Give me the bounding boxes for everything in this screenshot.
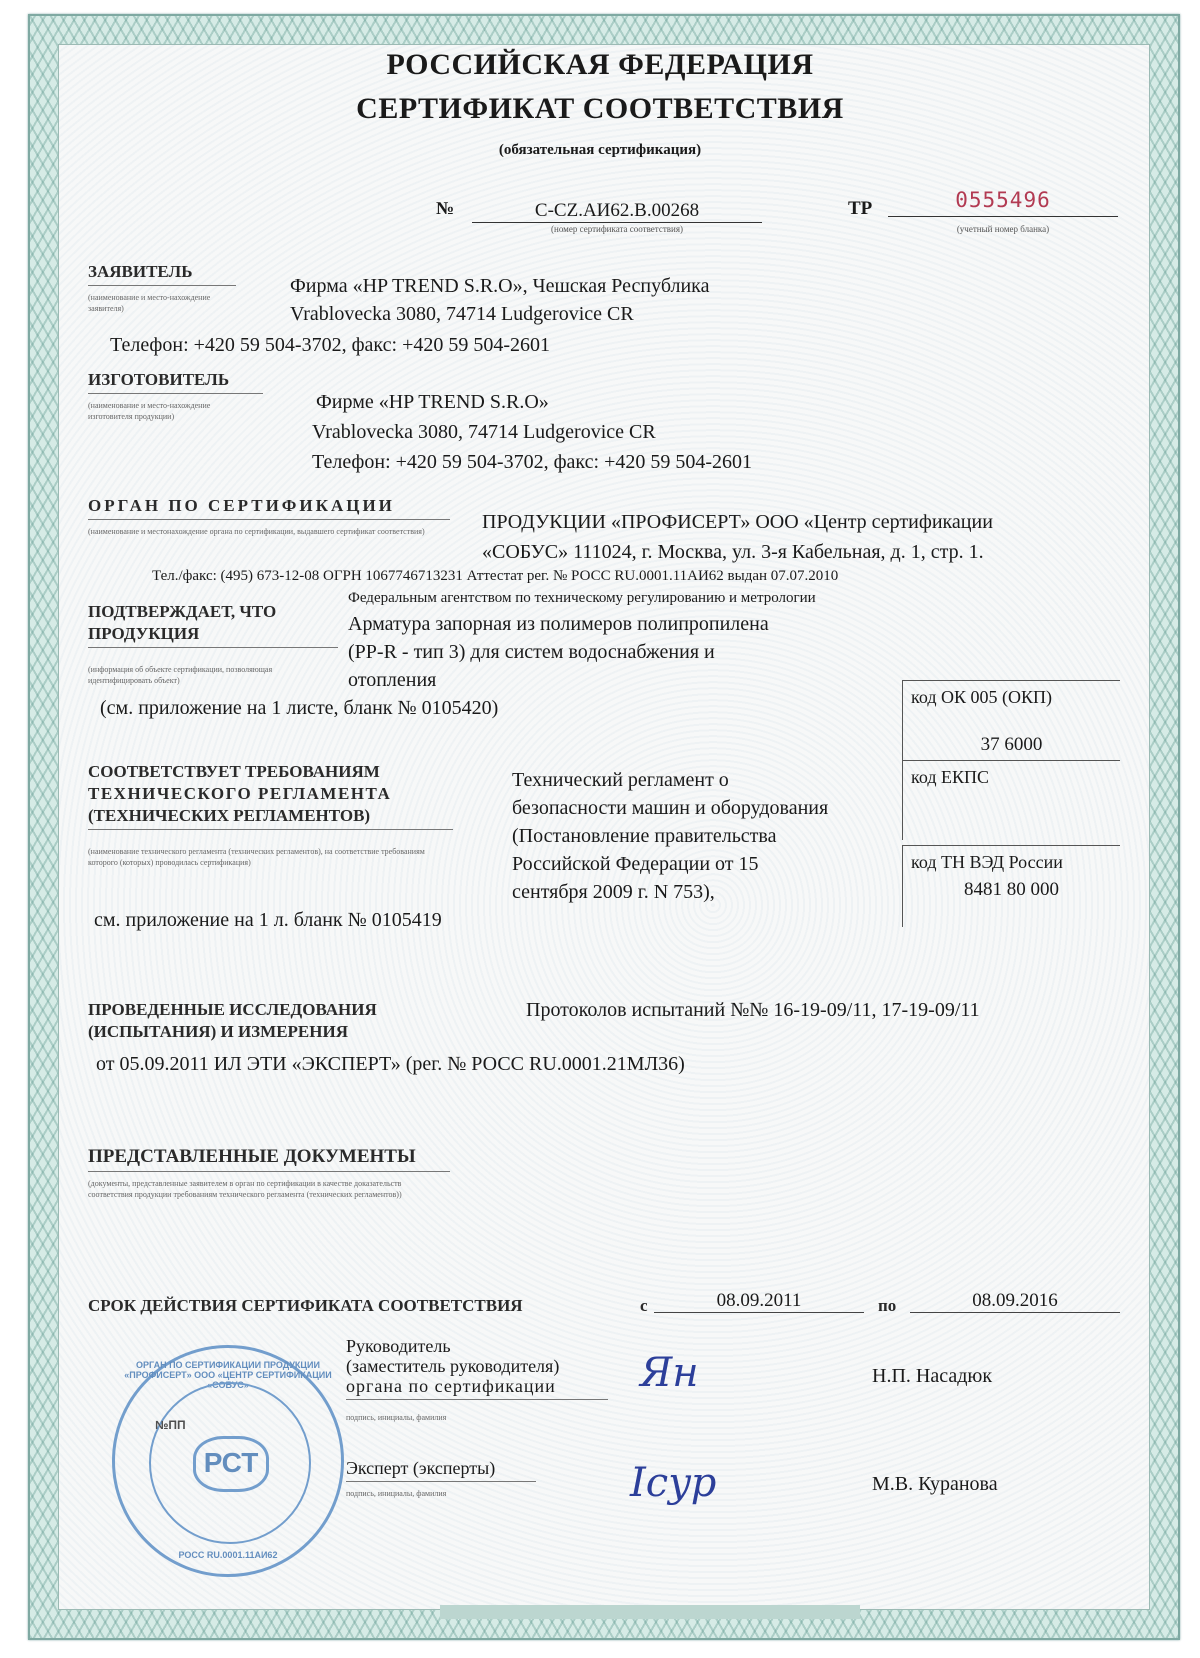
manufacturer-line1: Фирме «HP TREND S.R.O» [316,388,549,416]
compliance-line3: (Постановление правительства [512,822,776,850]
okp-value: 37 6000 [911,734,1112,756]
compliance-heading-2: ТЕХНИЧЕСКОГО РЕГЛАМЕНТА [88,784,391,804]
stamp-bottom-text: РОСС RU.0001.11АИ62 [115,1550,341,1560]
okp-label: код ОК 005 (ОКП) [911,687,1112,708]
product-line2: (PP-R - тип 3) для систем водоснабжения … [348,638,715,666]
validity-from-date: 08.09.2011 [654,1290,864,1313]
head-title-line3: органа по сертификации [346,1376,608,1400]
cert-body-note: (наименование и местонахождение органа п… [88,526,453,537]
manufacturer-heading: ИЗГОТОВИТЕЛЬ [88,370,263,394]
product-heading-2: ПРОДУКЦИЯ [88,624,338,648]
tnved-code-box: код ТН ВЭД России 8481 80 000 [902,845,1120,927]
tnved-value: 8481 80 000 [911,879,1112,901]
manufacturer-line3: Телефон: +420 59 504-3702, факс: +420 59… [312,448,752,476]
number-sign: № [436,198,454,219]
tests-heading-2: (ИСПЫТАНИЯ) И ИЗМЕРЕНИЯ [88,1022,348,1042]
applicant-line2: Vrablovecka 3080, 74714 Ludgerovice CR [290,300,634,328]
expert-title: Эксперт (эксперты) [346,1458,536,1482]
product-note: (информация об объекте сертификации, поз… [88,664,338,686]
applicant-heading: ЗАЯВИТЕЛЬ [88,262,236,286]
manufacturer-line2: Vrablovecka 3080, 74714 Ludgerovice CR [312,418,656,446]
okp-code-box: код ОК 005 (ОКП) 37 6000 [902,680,1120,760]
head-signature: Ян [640,1350,699,1396]
validity-to-label: по [878,1296,896,1316]
tp-label: ТР [848,198,872,220]
tests-line2: от 05.09.2011 ИЛ ЭТИ «ЭКСПЕРТ» (рег. № Р… [96,1050,685,1078]
country-title: РОССИЙСКАЯ ФЕДЕРАЦИЯ [0,48,1200,82]
compliance-line1: Технический регламент о [512,766,729,794]
certificate-number: C-CZ.АИ62.В.00268 [472,200,762,223]
expert-caption: подпись, инициалы, фамилия [346,1488,446,1499]
footer-band [440,1605,860,1619]
stamp-mid-text: №ПП [155,1418,186,1432]
tests-line1: Протоколов испытаний №№ 16-19-09/11, 17-… [526,996,980,1024]
head-title-line2: (заместитель руководителя) [346,1356,559,1376]
compliance-attachment: см. приложение на 1 л. бланк № 0105419 [94,906,442,934]
product-line1: Арматура запорная из полимеров полипропи… [348,610,769,638]
compliance-heading-1: СООТВЕТСТВУЕТ ТРЕБОВАНИЯМ [88,762,380,782]
applicant-note: (наименование и место-нахождение заявите… [88,292,238,314]
validity-to-date: 08.09.2016 [910,1290,1120,1313]
expert-name: М.В. Куранова [872,1470,998,1498]
compliance-line4: Российской Федерации от 15 [512,850,759,878]
cert-body-line1: ПРОДУКЦИИ «ПРОФИСЕРТ» ООО «Центр сертифи… [482,508,993,536]
documents-note: (документы, представленные заявителем в … [88,1178,418,1200]
rst-logo-icon: РСТ [193,1436,269,1492]
compliance-line2: безопасности машин и оборудования [512,794,828,822]
certificate-title: СЕРТИФИКАТ СООТВЕТСТВИЯ [0,92,1200,126]
head-caption: подпись, инициалы, фамилия [346,1412,446,1423]
tnved-label: код ТН ВЭД России [911,852,1112,873]
cert-body-line2: «СОБУС» 111024, г. Москва, ул. 3-я Кабел… [482,538,984,566]
applicant-line1: Фирма «HP TREND S.R.O», Чешская Республи… [290,272,709,300]
certificate-number-caption: (номер сертификата соответствия) [472,224,762,234]
compliance-note: (наименование технического регламента (т… [88,846,433,868]
official-stamp: ОРГАН ПО СЕРТИФИКАЦИИ ПРОДУКЦИИ «ПРОФИСЕ… [112,1345,344,1577]
documents-heading: ПРЕДСТАВЛЕННЫЕ ДОКУМЕНТЫ [88,1146,450,1172]
compliance-heading-3: (ТЕХНИЧЕСКИХ РЕГЛАМЕНТОВ) [88,806,453,830]
head-name: Н.П. Насадюк [872,1362,992,1390]
certificate-subtitle: (обязательная сертификация) [0,142,1200,159]
manufacturer-note: (наименование и место-нахождение изготов… [88,400,248,422]
product-heading-1: ПОДТВЕРЖДАЕТ, ЧТО [88,602,276,622]
compliance-line5: сентября 2009 г. N 753), [512,878,715,906]
ekps-label: код ЕКПС [911,767,1112,788]
validity-label: СРОК ДЕЙСТВИЯ СЕРТИФИКАТА СООТВЕТСТВИЯ [88,1296,523,1316]
product-line3: отопления [348,666,436,694]
product-attachment: (см. приложение на 1 листе, бланк № 0105… [100,694,498,722]
blank-number: 0555496 [888,188,1118,217]
ekps-code-box: код ЕКПС [902,760,1120,840]
tests-heading-1: ПРОВЕДЕННЫЕ ИССЛЕДОВАНИЯ [88,1000,377,1020]
validity-from-label: с [640,1296,648,1316]
cert-body-line3: Тел./факс: (495) 673-12-08 ОГРН 10677467… [152,566,838,586]
cert-body-line4: Федеральным агентством по техническому р… [348,588,816,608]
head-title-line1: Руководитель [346,1336,451,1356]
cert-body-heading: ОРГАН ПО СЕРТИФИКАЦИИ [88,496,450,520]
expert-signature: Icyp [630,1460,716,1506]
applicant-line3: Телефон: +420 59 504-3702, факс: +420 59… [110,331,550,359]
blank-number-caption: (учетный номер бланка) [888,224,1118,234]
